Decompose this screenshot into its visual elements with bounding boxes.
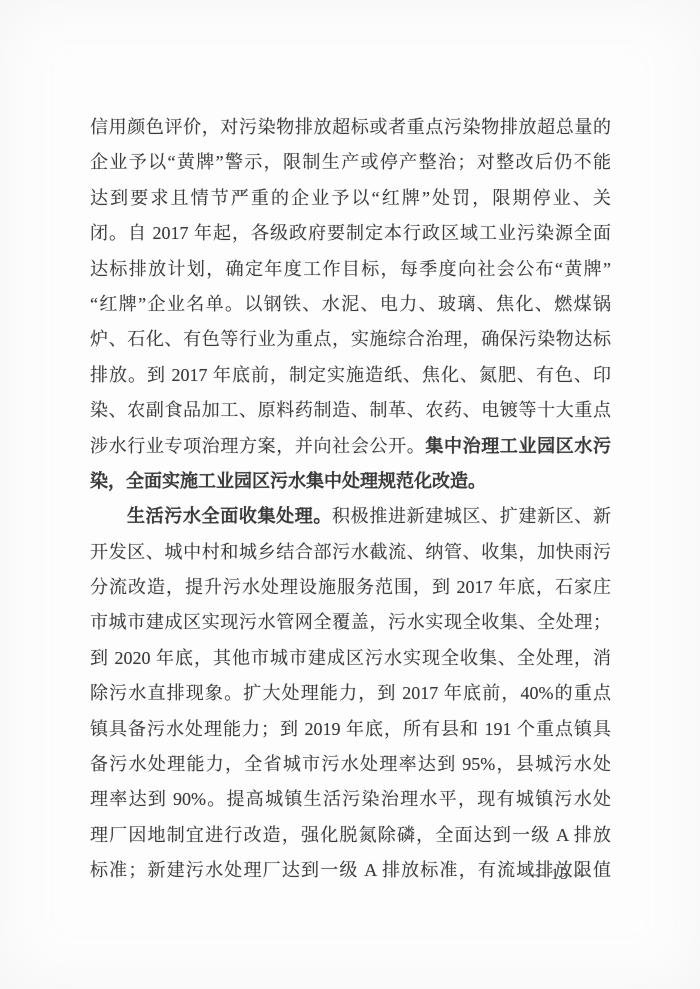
body-text: 达标排放计划，确定年度工作目标，每季度向社会公布“黄牌” — [90, 259, 611, 279]
text-line: 除污水直排现象。扩大处理能力，到 2017 年底前，40%的重点 — [90, 676, 611, 711]
emphasis-text: 染，全面实施工业园区污水集中处理规范化改造。 — [90, 471, 486, 491]
text-line: 企业予以“黄牌”警示，限制生产或停产整治；对整改后仍不能 — [90, 145, 611, 180]
text-line: 炉、石化、有色等行业为重点，实施综合治理，确保污染物达标 — [90, 322, 611, 357]
body-text: 开发区、城中村和城乡结合部污水截流、纳管、收集，加快雨污 — [90, 542, 611, 562]
body-text: 涉水行业专项治理方案，并向社会公开。 — [90, 436, 425, 456]
body-text: 镇具备污水处理能力；到 2019 年底，所有县和 191 个重点镇具 — [90, 719, 611, 739]
text-line: 市城市建成区实现污水管网全覆盖，污水实现全收集、全处理； — [90, 605, 611, 640]
text-line: “红牌”企业名单。以钢铁、水泥、电力、玻璃、焦化、燃煤锅 — [90, 287, 611, 322]
body-text: “红牌”企业名单。以钢铁、水泥、电力、玻璃、焦化、燃煤锅 — [90, 294, 611, 314]
body-text: 理厂因地制宜进行改造，强化脱氮除磷，全面达到一级 A 排放 — [90, 825, 611, 845]
text-line: 排放。到 2017 年底前，制定实施造纸、焦化、氮肥、有色、印 — [90, 358, 611, 393]
body-text: 染、农副食品加工、原料药制造、制革、农药、电镀等十大重点 — [90, 400, 611, 420]
body-text: 备污水处理能力，全省城市污水处理率达到 95%，县城污水处 — [90, 754, 611, 774]
paragraph: 信用颜色评价，对污染物排放超标或者重点污染物排放超总量的企业予以“黄牌”警示，限… — [90, 110, 611, 499]
text-line: 生活污水全面收集处理。积极推进新建城区、扩建新区、新 — [90, 499, 611, 534]
text-line: 备污水处理能力，全省城市污水处理率达到 95%，县城污水处 — [90, 747, 611, 782]
body-text: 理率达到 90%。提高城镇生活污染治理水平，现有城镇污水处 — [90, 789, 611, 809]
body-text: 排放。到 2017 年底前，制定实施造纸、焦化、氮肥、有色、印 — [90, 365, 611, 385]
text-line: 分流改造，提升污水处理设施服务范围，到 2017 年底，石家庄 — [90, 570, 611, 605]
scanned-document-page: 信用颜色评价，对污染物排放超标或者重点污染物排放超总量的企业予以“黄牌”警示，限… — [0, 0, 700, 989]
text-line: 理厂因地制宜进行改造，强化脱氮除磷，全面达到一级 A 排放 — [90, 818, 611, 853]
text-line: 达标排放计划，确定年度工作目标，每季度向社会公布“黄牌” — [90, 252, 611, 287]
text-line: 信用颜色评价，对污染物排放超标或者重点污染物排放超总量的 — [90, 110, 611, 145]
text-line: 染、农副食品加工、原料药制造、制革、农药、电镀等十大重点 — [90, 393, 611, 428]
page-number: — 15 — — [505, 866, 615, 884]
emphasis-text: 生活污水全面收集处理。 — [127, 506, 332, 526]
text-line: 理率达到 90%。提高城镇生活污染治理水平，现有城镇污水处 — [90, 782, 611, 817]
text-line: 染，全面实施工业园区污水集中处理规范化改造。 — [90, 464, 611, 499]
paragraph: 生活污水全面收集处理。积极推进新建城区、扩建新区、新开发区、城中村和城乡结合部污… — [90, 499, 611, 888]
body-text: 信用颜色评价，对污染物排放超标或者重点污染物排放超总量的 — [90, 117, 611, 137]
text-line: 涉水行业专项治理方案，并向社会公开。集中治理工业园区水污 — [90, 429, 611, 464]
document-text: 信用颜色评价，对污染物排放超标或者重点污染物排放超总量的企业予以“黄牌”警示，限… — [90, 110, 611, 889]
text-line: 镇具备污水处理能力；到 2019 年底，所有县和 191 个重点镇具 — [90, 712, 611, 747]
emphasis-text: 集中治理工业园区水污 — [425, 436, 611, 456]
text-line: 开发区、城中村和城乡结合部污水截流、纳管、收集，加快雨污 — [90, 535, 611, 570]
body-text: 企业予以“黄牌”警示，限制生产或停产整治；对整改后仍不能 — [90, 152, 611, 172]
body-text: 市城市建成区实现污水管网全覆盖，污水实现全收集、全处理； — [90, 612, 611, 632]
text-line: 达到要求且情节严重的企业予以“红牌”处罚，限期停业、关 — [90, 181, 611, 216]
body-text: 积极推进新建城区、扩建新区、新 — [332, 506, 611, 526]
text-line: 到 2020 年底，其他市城市建成区污水实现全收集、全处理，消 — [90, 641, 611, 676]
body-text: 除污水直排现象。扩大处理能力，到 2017 年底前，40%的重点 — [90, 683, 611, 703]
body-text: 到 2020 年底，其他市城市建成区污水实现全收集、全处理，消 — [90, 648, 611, 668]
body-text: 分流改造，提升污水处理设施服务范围，到 2017 年底，石家庄 — [90, 577, 611, 597]
body-text: 达到要求且情节严重的企业予以“红牌”处罚，限期停业、关 — [90, 188, 611, 208]
body-text: 闭。自 2017 年起，各级政府要制定本行政区域工业污染源全面 — [90, 223, 611, 243]
text-line: 闭。自 2017 年起，各级政府要制定本行政区域工业污染源全面 — [90, 216, 611, 251]
body-text: 炉、石化、有色等行业为重点，实施综合治理，确保污染物达标 — [90, 329, 611, 349]
